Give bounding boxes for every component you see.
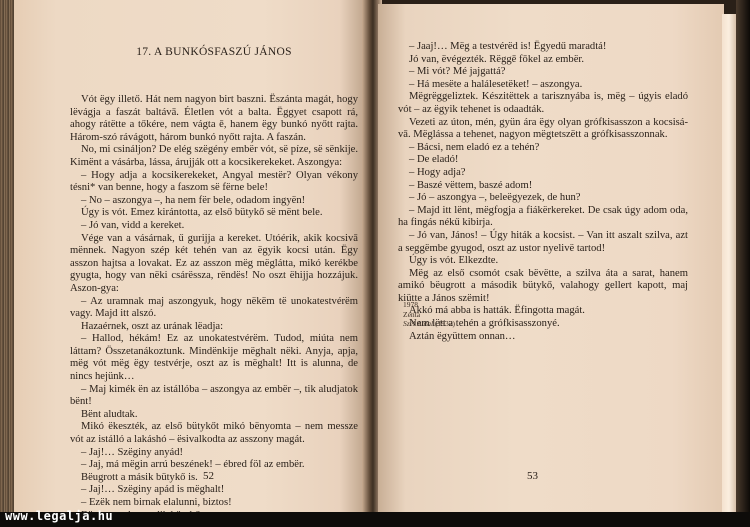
paragraph: Hazaérnek, oszt az urának lëadja: (70, 321, 358, 334)
paragraph: – Hogy adja a kocsikerekeket, Angyal mes… (70, 170, 358, 195)
paragraph: Úgy is vót. Elkezdte. (398, 255, 688, 268)
colophon-year: 1978 (403, 300, 455, 310)
paragraph: – Há mesëte a halálesetëket! – aszongya. (398, 79, 688, 92)
watermark: www.legalja.hu (5, 509, 113, 523)
paragraph: – Jaj!… Szëginy apád is mëghalt! (70, 484, 358, 497)
paragraph: – Ezëk nem birnak elalunni, biztos! (70, 497, 358, 510)
paragraph: Bëugrott a másik bütykő is. (70, 472, 358, 485)
colophon-author: Szél Antal (403, 319, 433, 328)
paragraph: – Hogy adja? (398, 167, 688, 180)
right-shadow (736, 0, 750, 527)
paragraph: – Jaaj!… Mëg a testvérëd is! Ëgyedű mara… (398, 41, 688, 54)
paragraph: Vezeti az úton, mén, gyün ára ëgy olyan … (398, 117, 688, 142)
paragraph: – Hallod, hékám! Ez az unokatestvérëm. T… (70, 333, 358, 383)
right-page-edge (722, 14, 736, 514)
colophon-author-line: Szél Antal (1932) (403, 319, 455, 329)
paragraph: Vót ëgy illető. Hát nem nagyon birt basz… (70, 94, 358, 144)
colophon: 1978 Zenta Szél Antal (1932) (403, 300, 455, 329)
paragraph: Jó van, ëvégezték. Rëggē fōkel az embër. (398, 54, 688, 67)
paragraph: Úgy is vót. Emez kirántotta, az első büt… (70, 207, 358, 220)
paragraph: Aztán ëgyüttem onnan… (398, 331, 688, 344)
paragraph: – De eladó! (398, 154, 688, 167)
paragraph: – No – aszongya –, ha nem fër bele, odad… (70, 195, 358, 208)
paragraph: – Mi vót? Mé jajgattá? (398, 66, 688, 79)
paragraph: – Bácsi, nem eladó ez a tehén? (398, 142, 688, 155)
page-number-left: 52 (203, 470, 214, 482)
paragraph: Bënt aludtak. (70, 409, 358, 422)
page-number-right: 53 (527, 470, 538, 482)
paragraph: – Jó – aszongya –, beleëgyezek, de hun? (398, 192, 688, 205)
paragraph: Mikó ëkeszték, az első bütykőt mikó bëny… (70, 421, 358, 446)
paragraph: – Majd itt lënt, mëgfogja a fiákërkereke… (398, 205, 688, 230)
paragraph: – Jaj!… Szëginy anyád! (70, 447, 358, 460)
paragraph: Mëgrëggeliztek. Készitëttek a tarisznyáb… (398, 91, 688, 116)
colophon-author-year: (1932) (435, 319, 455, 328)
right-page-text: – Jaaj!… Mëg a testvérëd is! Ëgyedű mara… (398, 41, 688, 343)
left-page-text: Vót ëgy illető. Hát nem nagyon birt basz… (70, 94, 358, 522)
paragraph: Vége van a vásárnak, ű gurijja a kereket… (70, 233, 358, 296)
paragraph: – Jó van, János! – Úgy hiták a kocsist. … (398, 230, 688, 255)
open-book-photo: 17. A BUNKÓSFASZÚ JÁNOS Vót ëgy illető. … (0, 0, 750, 527)
chapter-title: 17. A BUNKÓSFASZÚ JÁNOS (70, 46, 358, 58)
paragraph: – Baszé vëttem, baszé adom! (398, 180, 688, 193)
paragraph: – Az uramnak maj aszongyuk, hogy nëkëm t… (70, 296, 358, 321)
paragraph: – Jaj, má mëgin arrú beszének! – ébred f… (70, 459, 358, 472)
colophon-place: Zenta (403, 310, 455, 320)
paragraph: – Jó van, vidd a kereket. (70, 220, 358, 233)
paragraph: – Maj kimék ën az istállóba – aszongya a… (70, 384, 358, 409)
paragraph: No, mi csináljon? De elég szëgény embër … (70, 144, 358, 169)
